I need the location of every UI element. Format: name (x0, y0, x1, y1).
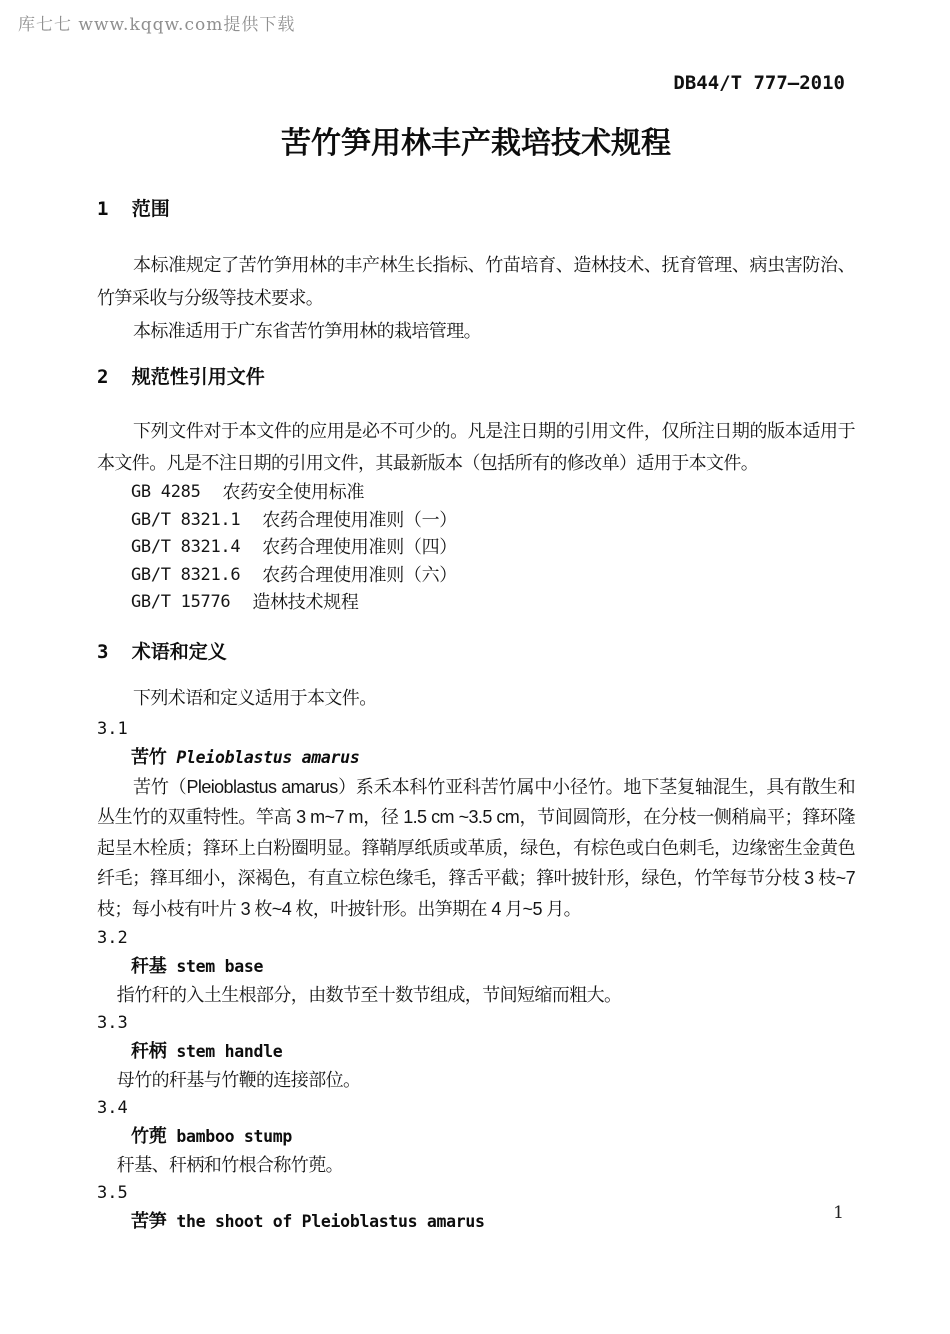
page-title: 苦竹笋用林丰产栽培技术规程 (97, 126, 855, 162)
reference-item: GB/T 8321.6 农药合理使用准则（六） (97, 562, 855, 590)
term-name: 苦竹Pleioblastus amarus (97, 743, 855, 772)
reference-item: GB/T 15776 造林技术规程 (97, 589, 855, 617)
page-number: 1 (833, 1203, 844, 1223)
section-heading-terms-definitions: 3 术语和定义 (97, 639, 855, 666)
term-number: 3.3 (97, 1009, 855, 1037)
term-name: 竹蔸bamboo stump (97, 1122, 855, 1151)
terms-intro-paragraph: 下列术语和定义适用于本文件。 (97, 682, 855, 715)
term-name: 秆柄stem handle (97, 1037, 855, 1066)
section-heading-normative-references: 2 规范性引用文件 (97, 364, 855, 391)
term-name-en: the shoot of Pleioblastus amarus (176, 1212, 484, 1231)
term-definition: 指竹秆的入土生根部分，由数节至十数节组成，节间短缩而粗大。 (97, 981, 855, 1009)
terms-list: 3.1 苦竹Pleioblastus amarus 苦竹（Pleioblastu… (97, 715, 855, 1237)
reference-item: GB/T 8321.1 农药合理使用准则（一） (97, 507, 855, 535)
scope-paragraph-2: 本标准适用于广东省苦竹笋用林的栽培管理。 (97, 315, 855, 348)
term-name-zh: 苦笋 (131, 1211, 166, 1231)
term-number: 3.5 (97, 1179, 855, 1207)
reference-item: GB/T 8321.4 农药合理使用准则（四） (97, 534, 855, 562)
reference-title: 农药安全使用标准 (223, 479, 365, 507)
term-number: 3.1 (97, 715, 855, 743)
term-number: 3.4 (97, 1094, 855, 1122)
term-name: 秆基stem base (97, 952, 855, 981)
term-3-2: 3.2 秆基stem base 指竹秆的入土生根部分，由数节至十数节组成，节间短… (97, 924, 855, 1009)
term-name-en: stem handle (176, 1042, 282, 1061)
term-name-zh: 秆基 (131, 956, 166, 976)
section-number: 3 (97, 641, 108, 663)
term-name-en: stem base (176, 957, 263, 976)
term-definition: 苦竹（Pleioblastus amarus）系禾本科竹亚科苦竹属中小径竹。地下… (97, 772, 855, 925)
standard-doc-code: DB44/T 777—2010 (673, 72, 845, 94)
reference-code: GB/T 8321.1 (131, 507, 240, 535)
section-heading-label: 规范性引用文件 (132, 367, 265, 388)
section-heading-label: 术语和定义 (132, 642, 227, 663)
term-definition: 母竹的秆基与竹鞭的连接部位。 (97, 1066, 855, 1094)
term-definition: 秆基、秆柄和竹根合称竹蔸。 (97, 1151, 855, 1179)
term-3-1: 3.1 苦竹Pleioblastus amarus 苦竹（Pleioblastu… (97, 715, 855, 925)
reference-title: 农药合理使用准则（四） (262, 534, 457, 562)
section-heading-scope: 1 范围 (97, 196, 855, 223)
section-number: 2 (97, 366, 108, 388)
term-name: 苦笋the shoot of Pleioblastus amarus (97, 1207, 855, 1236)
reference-title: 造林技术规程 (252, 589, 358, 617)
reference-code: GB/T 8321.6 (131, 562, 240, 590)
document-page: { "watermark": "库七七 www.kqqw.com提供下载", "… (0, 0, 950, 1334)
term-name-zh: 苦竹 (131, 747, 166, 767)
references-intro-paragraph: 下列文件对于本文件的应用是必不可少的。凡是注日期的引用文件，仅所注日期的版本适用… (97, 415, 855, 479)
term-name-zh: 秆柄 (131, 1041, 166, 1061)
reference-code: GB 4285 (131, 479, 201, 507)
term-name-en: bamboo stump (176, 1127, 292, 1146)
reference-title: 农药合理使用准则（一） (262, 507, 457, 535)
term-3-3: 3.3 秆柄stem handle 母竹的秆基与竹鞭的连接部位。 (97, 1009, 855, 1094)
reference-item: GB 4285 农药安全使用标准 (97, 479, 855, 507)
term-number: 3.2 (97, 924, 855, 952)
document-content: 苦竹笋用林丰产栽培技术规程 1 范围 本标准规定了苦竹笋用林的丰产林生长指标、竹… (97, 120, 855, 1236)
reference-code: GB/T 8321.4 (131, 534, 240, 562)
watermark-text: 库七七 www.kqqw.com提供下载 (18, 10, 295, 35)
scope-paragraph-1: 本标准规定了苦竹笋用林的丰产林生长指标、竹苗培育、造林技术、抚育管理、病虫害防治… (97, 249, 855, 315)
section-number: 1 (97, 198, 108, 220)
reference-title: 农药合理使用准则（六） (262, 562, 457, 590)
term-name-zh: 竹蔸 (131, 1126, 166, 1146)
term-3-4: 3.4 竹蔸bamboo stump 秆基、秆柄和竹根合称竹蔸。 (97, 1094, 855, 1179)
section-heading-label: 范围 (132, 199, 170, 220)
reference-code: GB/T 15776 (131, 589, 230, 617)
term-name-latin: Pleioblastus amarus (176, 748, 359, 767)
reference-list: GB 4285 农药安全使用标准 GB/T 8321.1 农药合理使用准则（一）… (97, 479, 855, 617)
term-3-5: 3.5 苦笋the shoot of Pleioblastus amarus (97, 1179, 855, 1236)
